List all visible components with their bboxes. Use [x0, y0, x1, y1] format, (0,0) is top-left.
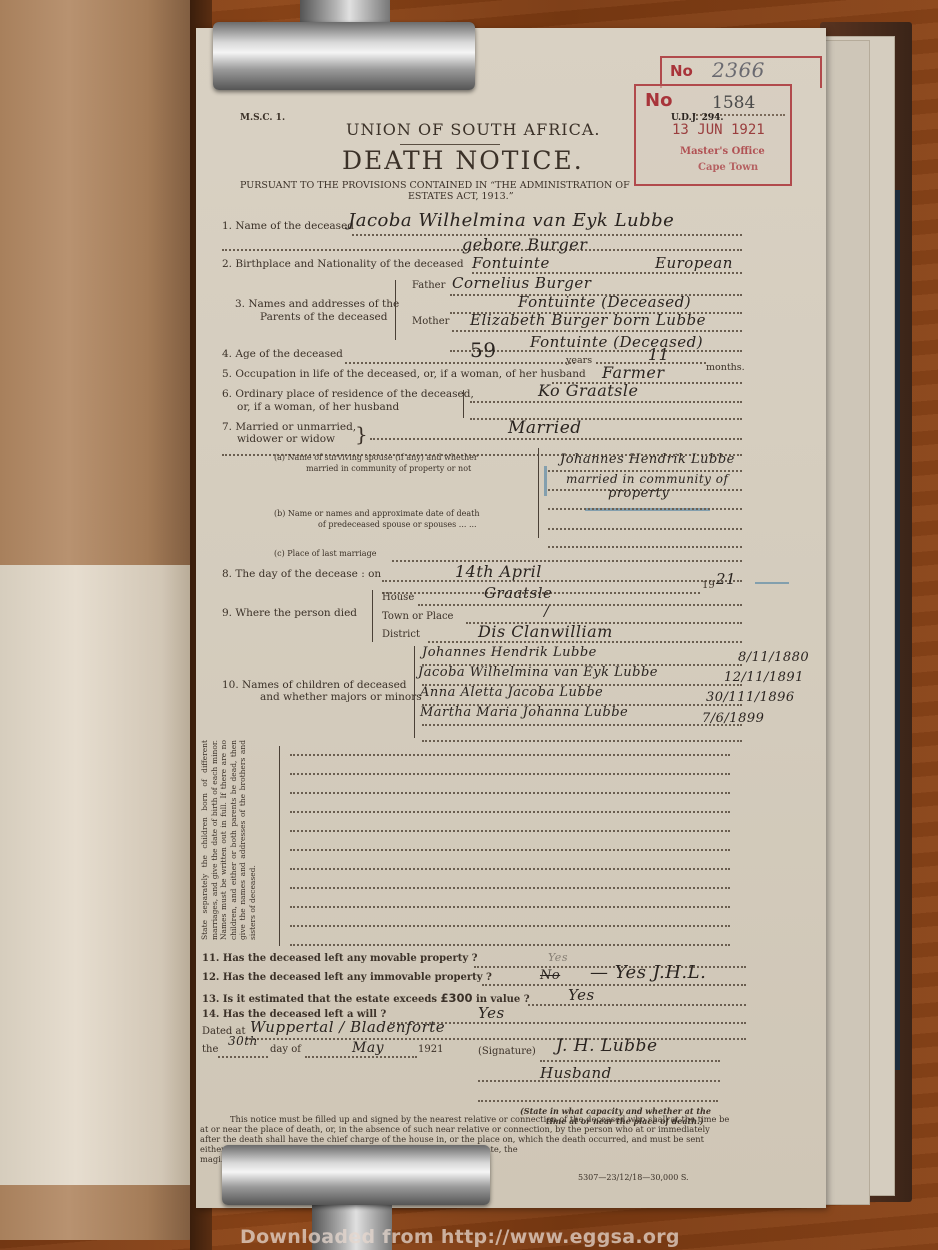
blank-line: [290, 754, 730, 756]
q2-label: 2. Birthplace and Nationality of the dec…: [222, 258, 464, 270]
blank-line: [290, 811, 730, 813]
stamp-office-line1: Master's Office: [680, 146, 765, 157]
q7b-label-2: of predeceased spouse or spouses ... ...: [318, 520, 477, 529]
q10-label-1: 10. Names of children of deceased: [222, 679, 407, 691]
stamp-date: 13 JUN 1921: [672, 122, 765, 138]
q7b-line-2: [548, 546, 742, 548]
binder-clip-bottom[interactable]: [222, 1145, 490, 1205]
q8-year-prefix: 19: [702, 580, 715, 591]
watermark-text: Downloaded from http://www.eggsa.org: [240, 1226, 680, 1248]
siblings-instruction-note: State separately the children born of di…: [200, 740, 272, 940]
q8-line: [382, 580, 742, 582]
capacity-line-2: [478, 1100, 718, 1102]
estate-exceeds-value: Yes: [568, 986, 595, 1004]
child-name: Johannes Hendrik Lubbe: [422, 645, 597, 660]
blank-line: [290, 944, 730, 946]
blank-line: [290, 773, 730, 775]
will-value: Yes: [478, 1004, 505, 1022]
q6-label-2: or, if a woman, of her husband: [237, 401, 399, 413]
district-line: [428, 641, 742, 643]
q12-label: 12. Has the deceased left any immovable …: [202, 972, 492, 983]
child-name: Anna Aletta Jacoba Lubbe: [420, 685, 603, 700]
q13-label: 13. Is it estimated that the estate exce…: [202, 991, 530, 1005]
child-date: 30/111/1896: [706, 690, 795, 705]
q3-brace: [395, 280, 396, 340]
q8-label: 8. The day of the decease : on: [222, 568, 381, 580]
siblings-brace: [279, 746, 280, 946]
signature-value: J. H. Lubbe: [556, 1036, 658, 1056]
blank-line: [290, 906, 730, 908]
blue-dash-mark: [755, 582, 789, 584]
mother-label: Mother: [412, 316, 449, 327]
q6-label-1: 6. Ordinary place of residence of the de…: [222, 388, 474, 400]
blue-pencil-mark: [544, 466, 547, 496]
heading-rule: [400, 144, 500, 145]
father-name-value: Cornelius Burger: [452, 274, 591, 292]
stamp-prefix: No: [645, 90, 672, 111]
spouse-name-value: Johannes Hendrik Lubbe: [560, 452, 735, 467]
stamp-number: 1584: [712, 93, 755, 113]
blank-line: [290, 925, 730, 927]
signed-year-value: 1921: [418, 1044, 443, 1055]
q7-label-1: 7. Married or unmarried,: [222, 421, 356, 433]
q2-birthplace-value: Fontuinte: [472, 254, 550, 272]
q10-label-2: and whether majors or minors: [260, 691, 422, 703]
country-heading: UNION OF SOUTH AFRICA.: [346, 120, 601, 139]
child-date: 7/6/1899: [702, 711, 764, 726]
subtitle-line-2: ESTATES ACT, 1913.”: [408, 191, 514, 202]
day-of-label: day of: [270, 1044, 301, 1055]
house-label: House: [382, 592, 414, 603]
outer-stamp-number: 2366: [712, 58, 765, 82]
q7b-line-1: [548, 528, 742, 530]
blank-line: [290, 887, 730, 889]
footer-note-line-1: This notice must be filled up and signed…: [230, 1114, 729, 1124]
signed-day-value: 30th: [228, 1034, 258, 1048]
page-title: DEATH NOTICE.: [342, 146, 584, 175]
age-months-value: 11: [648, 345, 669, 364]
footer-note-line-2: at or near the place of death, or, in th…: [200, 1124, 710, 1134]
date-of-death-value: 14th April: [455, 562, 542, 581]
print-code: 5307—23/12/18—30,000 S.: [578, 1173, 689, 1182]
the-label: the: [202, 1044, 218, 1055]
community-of-property-value: married in community of: [566, 472, 728, 486]
outer-stamp-prefix: No: [670, 62, 693, 80]
q7c-label: (c) Place of last marriage: [274, 549, 376, 558]
q9-brace: [372, 590, 373, 642]
q13-line: [528, 1004, 746, 1006]
dated-at-line: [246, 1038, 746, 1040]
q4-years-line: [345, 362, 575, 364]
signer-capacity-value: Husband: [540, 1064, 612, 1082]
blank-line: [290, 868, 730, 870]
q2-nationality-value: European: [655, 254, 733, 272]
q1-name-value: Jacoba Wilhelmina van Eyk Lubbe: [348, 210, 674, 231]
q1-label: 1. Name of the deceased: [222, 220, 354, 232]
marital-status-value: Married: [508, 418, 582, 438]
signed-month-value: May: [352, 1040, 384, 1056]
q7b-label-1: (b) Name or names and approximate date o…: [274, 509, 479, 518]
community-of-property-value-2: property: [608, 486, 669, 501]
signature-line: [540, 1060, 720, 1062]
q7c-line: [392, 560, 742, 562]
house-value: Graatsle: [484, 584, 552, 602]
q6-brace: [463, 390, 464, 418]
q4-label: 4. Age of the deceased: [222, 348, 343, 360]
q7a-line-3: [548, 508, 742, 510]
mother-name-value: Elizabeth Burger born Lubbe: [470, 311, 706, 329]
q9-label: 9. Where the person died: [222, 607, 357, 619]
blank-line: [290, 792, 730, 794]
town-label: Town or Place: [382, 611, 453, 622]
residence-value: Ko Graatsle: [538, 381, 638, 400]
age-years-value: 59: [470, 338, 496, 362]
months-label: months.: [706, 362, 745, 373]
q3-label-1: 3. Names and addresses of the: [235, 298, 399, 310]
immovable-property-value: No: [540, 968, 560, 983]
q7-label-2: widower or widow: [237, 433, 335, 445]
child-line: [422, 740, 742, 742]
child-date: 12/11/1891: [724, 670, 804, 685]
q7-brace: }: [355, 422, 368, 446]
q13-label-text: 13. Is it estimated that the estate exce…: [202, 994, 441, 1005]
month-line: [305, 1056, 417, 1058]
blank-line: [290, 830, 730, 832]
q7-line: [370, 438, 742, 440]
signature-label: (Signature): [478, 1046, 536, 1057]
district-value: Dis Clanwilliam: [478, 622, 613, 641]
binder-clip-top[interactable]: [213, 22, 475, 90]
occupation-value: Farmer: [602, 363, 665, 382]
mother-name-line: [452, 330, 742, 332]
movable-property-value: Yes: [548, 951, 568, 964]
years-label: years: [566, 355, 592, 366]
immovable-property-correction: — Yes J.H.L.: [590, 962, 706, 983]
q8-year-suffix: 21: [716, 570, 736, 588]
day-line: [218, 1056, 268, 1058]
district-label: District: [382, 629, 420, 640]
subtitle-line-1: PURSUANT TO THE PROVISIONS CONTAINED IN …: [240, 180, 630, 191]
house-line: [418, 604, 742, 606]
q12-line: [482, 984, 746, 986]
q7a-label-1: (a) Name of surviving spouse (if any) an…: [274, 453, 478, 462]
q7a-label-2: married in community of property or not: [306, 464, 471, 473]
town-value: /: [544, 604, 549, 620]
q3-label-2: Parents of the deceased: [260, 311, 388, 323]
q10-brace: [414, 646, 415, 738]
dated-at-value: Wuppertal / Bladenforte: [250, 1018, 445, 1036]
q13-amount: £300: [441, 991, 473, 1005]
child-name: Martha Maria Johanna Lubbe: [420, 705, 628, 720]
form-code: M.S.C. 1.: [240, 113, 285, 123]
blank-line: [290, 849, 730, 851]
father-address-value: Fontuinte (Deceased): [518, 293, 691, 311]
child-date: 8/11/1880: [738, 650, 809, 665]
footer-note-line-3: after the death shall have the chief cha…: [200, 1134, 704, 1144]
child-name: Jacoba Wilhelmina van Eyk Lubbe: [418, 665, 658, 680]
q6-line-1: [470, 401, 742, 403]
stamp-office-line2: Cape Town: [698, 162, 758, 173]
child-line: [422, 724, 742, 726]
q7ab-brace: [538, 448, 539, 538]
father-label: Father: [412, 280, 445, 291]
paper-roll-lower: [0, 565, 190, 1185]
q5-label: 5. Occupation in life of the deceased, o…: [222, 368, 586, 380]
q11-label: 11. Has the deceased left any movable pr…: [202, 953, 478, 964]
mother-address-value: Fontuinte (Deceased): [530, 333, 703, 351]
q1-maiden-name-value: gebore Burger: [462, 235, 587, 254]
